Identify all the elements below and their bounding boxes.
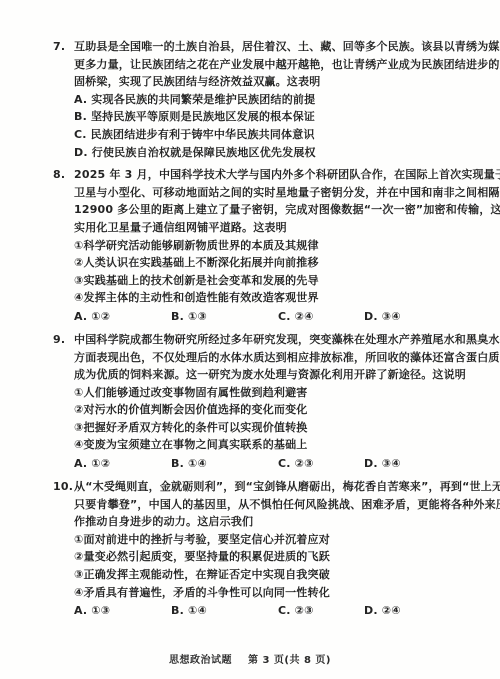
stem-line: 12900 多公里的距离上建立了量子密钥，完成对图像数据“一次一密”加密和传输，… (53, 201, 468, 219)
option-label: A. (74, 604, 87, 617)
stem-line: 卫星与小型化、可移动地面站之间的实时星地量子密钥分发，并在中国和南非之间相隔 (53, 184, 468, 202)
option-row: A.①②B.①④C.②③D.③④ (53, 454, 468, 473)
stem-line: 更多力量，让民族团结之花在产业发展中越开越艳，也让青绣产业成为民族团结进步的坚 (53, 56, 468, 74)
option-item: D.行使民族自治权就是保障民族地区优先发展权 (53, 144, 468, 162)
option-text: ①③ (91, 604, 110, 617)
option-text: ③④ (382, 457, 401, 470)
option-label: D. (364, 457, 378, 470)
option-text: 坚持民族平等原则是民族地区发展的根本保证 (91, 108, 315, 126)
option-item: A.①② (74, 307, 171, 326)
option-text: ②④ (382, 604, 401, 617)
stem-line: 8.2025 年 3 月，中国科学技术大学与国内外多个科研团队合作，在国际上首次… (53, 166, 468, 184)
option-label: C. (74, 126, 87, 144)
question-block: 7.互助县是全国唯一的土族自治县，居住着汉、土、藏、回等多个民族。该县以青绣为媒… (53, 38, 468, 161)
page-number: 第 3 页(共 8 页) (248, 655, 331, 666)
option-label: B. (74, 108, 87, 126)
statement-line: ②量变必然引起质变，要坚持量的积累促进质的飞跃 (53, 548, 468, 566)
question-number: 9. (53, 331, 74, 349)
option-item: B.①④ (171, 601, 278, 620)
statement-line: ①面对前进中的挫折与考验，要坚定信心并沉着应对 (53, 531, 468, 549)
option-text: ①③ (188, 310, 207, 323)
option-label: D. (364, 604, 378, 617)
statement-line: ③实践基础上的技术创新是社会变革和发展的先导 (53, 272, 468, 290)
option-item: C.②④ (278, 307, 364, 326)
option-label: B. (171, 310, 184, 323)
option-label: A. (74, 91, 87, 109)
statement-line: ①科学研究活动能够刷新物质世界的本质及其规律 (53, 237, 468, 255)
option-text: ②③ (295, 457, 314, 470)
statement-line: ③正确发挥主观能动性，在辩证否定中实现自我突破 (53, 566, 468, 584)
option-item: B.坚持民族平等原则是民族地区发展的根本保证 (53, 108, 468, 126)
stem-text: 互助县是全国唯一的土族自治县，居住着汉、土、藏、回等多个民族。该县以青绣为媒，凝… (74, 38, 500, 56)
option-item: B.①③ (171, 307, 278, 326)
statement-line: ①人们能够通过改变事物固有属性做到趋利避害 (53, 384, 468, 402)
option-text: ①② (91, 457, 110, 470)
statement-line: ②对污水的价值判断会因价值选择的变化而变化 (53, 401, 468, 419)
option-row: A.①②B.①③C.②④D.③④ (53, 307, 468, 326)
option-text: 行使民族自治权就是保障民族地区优先发展权 (92, 144, 316, 162)
option-label: C. (278, 310, 291, 323)
question-block: 9.中国科学院成都生物研究所经过多年研究发现，突变藻株在处理水产养殖尾水和黑臭水… (53, 331, 468, 473)
stem-line: 固桥梁，实现了民族团结与经济效益双赢。这表明 (53, 73, 468, 91)
stem-line: 成为优质的饲料来源。这一研究为废水处理与资源化利用开辟了新途径。这说明 (53, 366, 468, 384)
stem-text: 从“木受绳则直，金就砺则利”，到“宝剑锋从磨砺出，梅花香自苦寒来”，再到“世上无… (74, 478, 500, 496)
option-item: D.②④ (364, 601, 468, 620)
question-block: 10.从“木受绳则直，金就砺则利”，到“宝剑锋从磨砺出，梅花香自苦寒来”，再到“… (53, 478, 468, 620)
stem-line: 实用化卫星量子通信组网铺平道路。这表明 (53, 219, 468, 237)
option-label: C. (278, 604, 291, 617)
question-number: 7. (53, 38, 74, 56)
option-label: A. (74, 310, 87, 323)
option-label: C. (278, 457, 291, 470)
statement-line: ②人类认识在实践基础上不断深化拓展并向前推移 (53, 254, 468, 272)
statement-line: ④发挥主体的主动性和创造性能有效改造客观世界 (53, 289, 468, 307)
stem-line: 作推动自身进步的动力。这启示我们 (53, 513, 468, 531)
question-number: 8. (53, 166, 74, 184)
option-item: A.①② (74, 454, 171, 473)
stem-line: 方面表现出色，不仅处理后的水体水质达到相应排放标准，所回收的藻体还富含蛋白质，可 (53, 349, 468, 367)
question-block: 8.2025 年 3 月，中国科学技术大学与国内外多个科研团队合作，在国际上首次… (53, 166, 468, 326)
stem-line: 只要肯攀登”，中国人的基因里，从不惧怕任何风险挑战、困难矛盾，更能将各种外来压力… (53, 496, 468, 514)
option-label: B. (171, 457, 184, 470)
option-text: ①② (91, 310, 110, 323)
option-item: C.民族团结进步有利于铸牢中华民族共同体意识 (53, 126, 468, 144)
doc-title: 思想政治试题 (169, 655, 232, 666)
option-text: ②④ (295, 310, 314, 323)
option-label: A. (74, 457, 87, 470)
stem-line: 7.互助县是全国唯一的土族自治县，居住着汉、土、藏、回等多个民族。该县以青绣为媒… (53, 38, 468, 56)
option-text: 实现各民族的共同繁荣是维护民族团结的前提 (91, 91, 315, 109)
option-text: ①④ (188, 604, 207, 617)
option-item: C.②③ (278, 454, 364, 473)
option-text: ③④ (382, 310, 401, 323)
option-item: B.①④ (171, 454, 278, 473)
option-text: ①④ (188, 457, 207, 470)
question-list: 7.互助县是全国唯一的土族自治县，居住着汉、土、藏、回等多个民族。该县以青绣为媒… (53, 38, 468, 625)
option-item: D.③④ (364, 454, 468, 473)
stem-text: 2025 年 3 月，中国科学技术大学与国内外多个科研团队合作，在国际上首次实现… (74, 166, 500, 184)
stem-line: 9.中国科学院成都生物研究所经过多年研究发现，突变藻株在处理水产养殖尾水和黑臭水… (53, 331, 468, 349)
exam-page: 7.互助县是全国唯一的土族自治县，居住着汉、土、藏、回等多个民族。该县以青绣为媒… (0, 0, 500, 679)
option-text: 民族团结进步有利于铸牢中华民族共同体意识 (91, 126, 315, 144)
statement-line: ③把握好矛盾双方转化的条件可以实现价值转换 (53, 419, 468, 437)
option-item: A.实现各民族的共同繁荣是维护民族团结的前提 (53, 91, 468, 109)
option-text: ②③ (295, 604, 314, 617)
option-label: D. (364, 310, 378, 323)
option-item: D.③④ (364, 307, 468, 326)
stem-text: 中国科学院成都生物研究所经过多年研究发现，突变藻株在处理水产养殖尾水和黑臭水体 (74, 331, 500, 349)
option-row: A.①③B.①④C.②③D.②④ (53, 601, 468, 620)
question-number: 10. (53, 478, 74, 496)
option-item: A.①③ (74, 601, 171, 620)
page-footer: 思想政治试题 第 3 页(共 8 页) (0, 651, 500, 666)
statement-line: ④变废为宝须建立在事物之间真实联系的基础上 (53, 436, 468, 454)
option-item: C.②③ (278, 601, 364, 620)
stem-line: 10.从“木受绳则直，金就砺则利”，到“宝剑锋从磨砺出，梅花香自苦寒来”，再到“… (53, 478, 468, 496)
option-label: B. (171, 604, 184, 617)
statement-line: ④矛盾具有普遍性，矛盾的斗争性可以向同一性转化 (53, 584, 468, 602)
option-label: D. (74, 144, 88, 162)
